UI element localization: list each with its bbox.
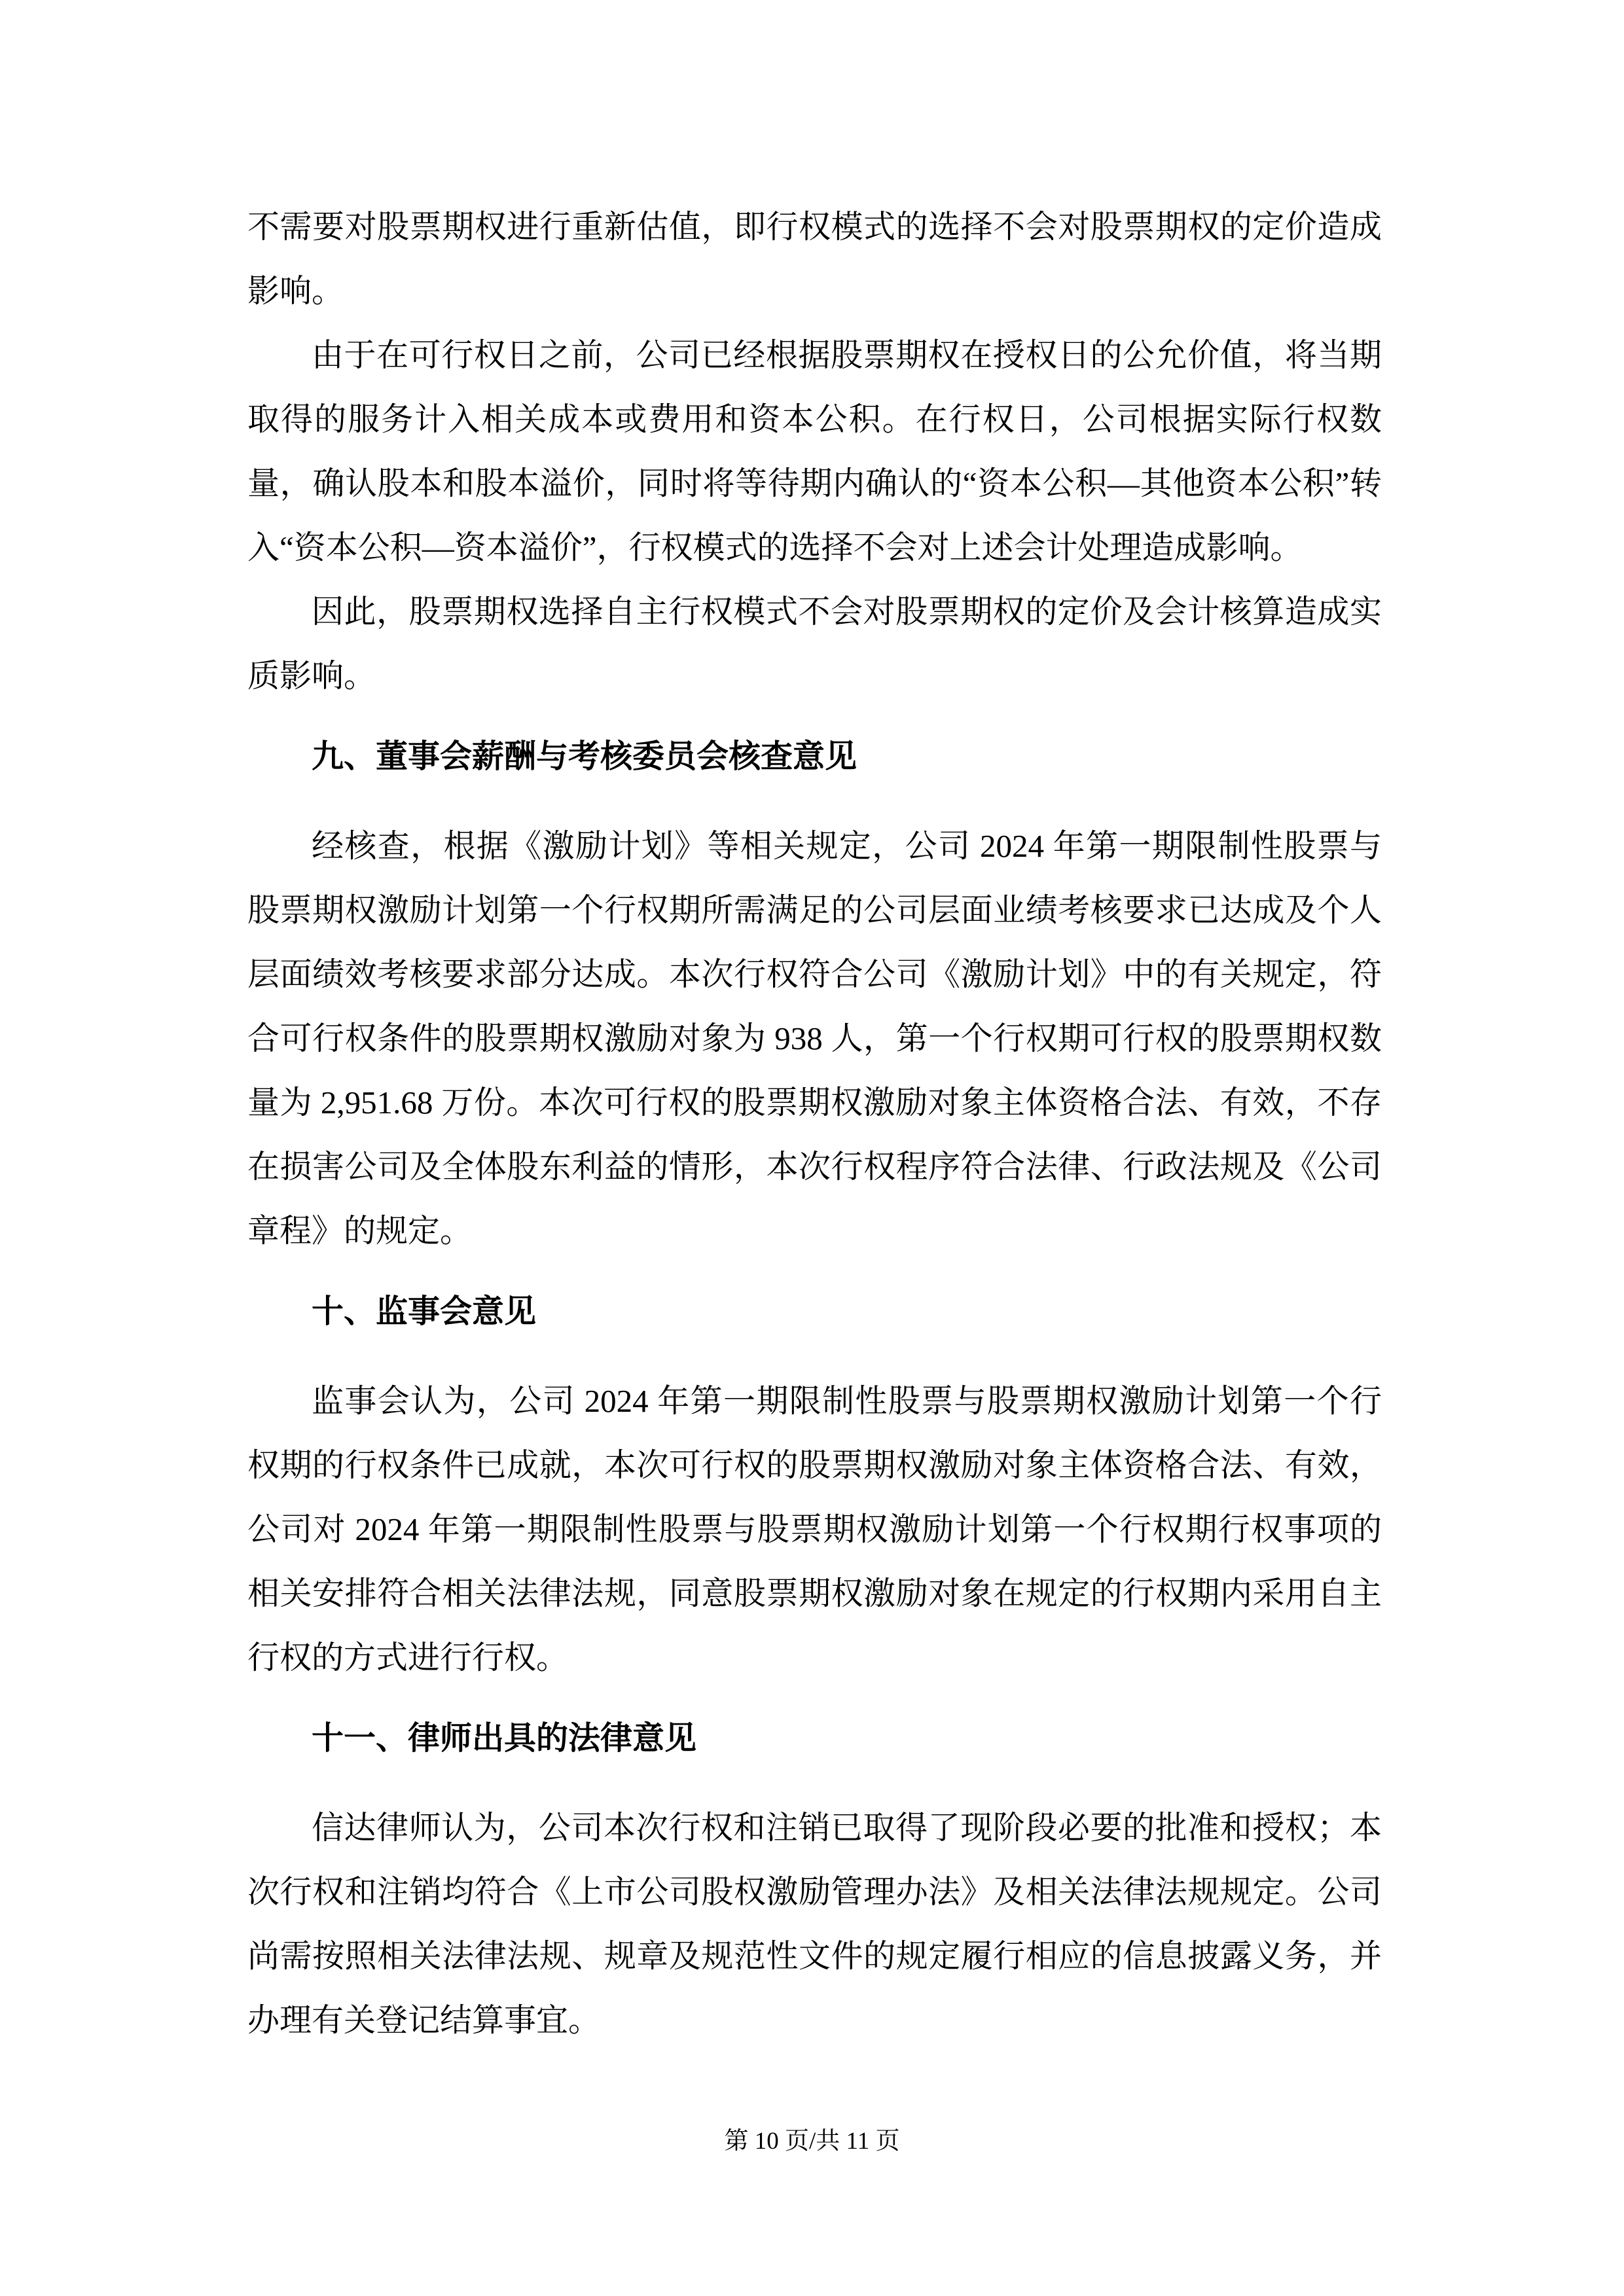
paragraph-legal-opinion: 信达律师认为，公司本次行权和注销已取得了现阶段必要的批准和授权；本次行权和注销均… <box>247 1796 1382 2053</box>
paragraph-committee-review: 经核查，根据《激励计划》等相关规定，公司 2024 年第一期限制性股票与股票期权… <box>247 814 1382 1263</box>
paragraph-supervisory-opinion: 监事会认为，公司 2024 年第一期限制性股票与股票期权激励计划第一个行权期的行… <box>247 1369 1382 1690</box>
document-page: 不需要对股票期权进行重新估值，即行权模式的选择不会对股票期权的定价造成影响。 由… <box>0 0 1624 2296</box>
paragraph-conclusion: 因此，股票期权选择自主行权模式不会对股票期权的定价及会计核算造成实质影响。 <box>247 580 1382 708</box>
page-footer: 第 10 页/共 11 页 <box>0 2126 1624 2157</box>
paragraph-accounting-treatment: 由于在可行权日之前，公司已经根据股票期权在授权日的公允价值，将当期取得的服务计入… <box>247 323 1382 580</box>
paragraph-valuation-impact: 不需要对股票期权进行重新估值，即行权模式的选择不会对股票期权的定价造成影响。 <box>247 195 1382 323</box>
document-body: 不需要对股票期权进行重新估值，即行权模式的选择不会对股票期权的定价造成影响。 由… <box>247 195 1382 2053</box>
section-heading-supervisory-board: 十、监事会意见 <box>247 1280 1382 1344</box>
section-heading-compensation-committee: 九、董事会薪酬与考核委员会核查意见 <box>247 725 1382 789</box>
section-heading-legal-opinion: 十一、律师出具的法律意见 <box>247 1706 1382 1770</box>
